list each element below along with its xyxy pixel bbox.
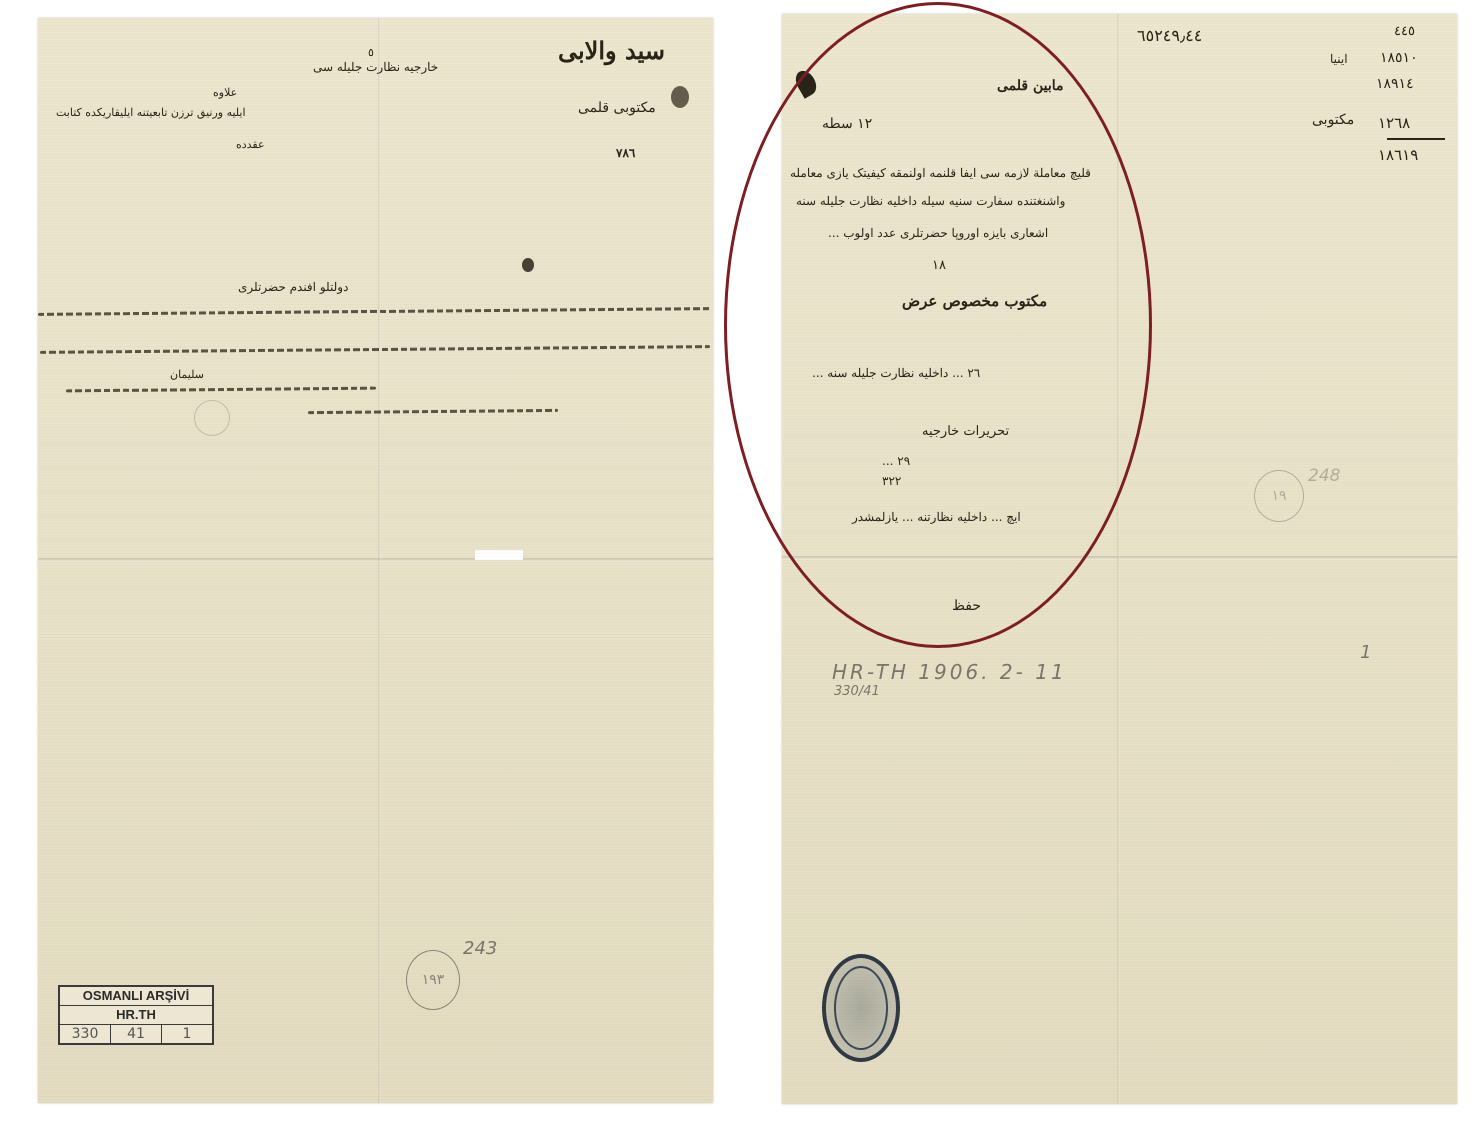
archive-stamp-title: OSMANLI ARŞİVİ bbox=[60, 987, 212, 1006]
ink-blot bbox=[671, 86, 689, 108]
archive-stamp: OSMANLI ARŞİVİ HR.TH 330 41 1 bbox=[58, 985, 214, 1045]
top-right-label: مکتوبی قلمی bbox=[578, 100, 656, 116]
body-line-3-strokes-a bbox=[66, 387, 376, 393]
pencil-sub: 330/41 bbox=[834, 684, 880, 699]
vertical-fold bbox=[378, 18, 381, 1103]
ledger-number: ٦٥٢٤٩٫٤٤ bbox=[1137, 26, 1202, 45]
right-number-5: ١٨٦١٩ bbox=[1378, 146, 1418, 164]
header-number: ٥ bbox=[368, 46, 374, 59]
folio-circled: ١٩ bbox=[1254, 470, 1304, 522]
pencil-page: 1 bbox=[1360, 642, 1371, 663]
side-note-1: علاوه bbox=[213, 86, 237, 99]
header-seal-text: سید والابی bbox=[558, 36, 665, 65]
signature: سلیمان bbox=[170, 368, 204, 381]
salutation: دولتلو افندم حضرتلری bbox=[238, 280, 348, 294]
right-number-1: ٤٤٥ bbox=[1394, 24, 1415, 39]
ink-spot bbox=[522, 258, 534, 272]
highlight-ellipse bbox=[724, 2, 1152, 648]
right-number-2: ١٨٥١٠ bbox=[1380, 50, 1418, 66]
right-label-1: اینیا bbox=[1330, 52, 1348, 66]
paper-tear bbox=[475, 550, 523, 560]
faint-seal bbox=[194, 400, 230, 436]
document-number: ٧٨٦ bbox=[616, 146, 635, 160]
left-document-page: سید والابی ٥ خارجیه نظارت جلیله سی مکتوب… bbox=[38, 18, 713, 1103]
ink-seal-stamp bbox=[822, 954, 900, 1062]
archive-stamp-collection: HR.TH bbox=[60, 1006, 212, 1025]
header-subtitle: خارجیه نظارت جلیله سی bbox=[313, 60, 438, 74]
folio-number: 243 bbox=[463, 938, 497, 959]
sum-line bbox=[1387, 138, 1445, 140]
side-note-2: ایلیه ورنیق ترزن تابعیتنه ایلیقاریکده کت… bbox=[56, 106, 246, 119]
right-number-4: ١٢٦٨ bbox=[1378, 114, 1410, 132]
side-note-3: عقدده bbox=[236, 138, 265, 151]
folio-number: 248 bbox=[1308, 466, 1340, 486]
right-number-3: ١٨٩١٤ bbox=[1376, 76, 1414, 92]
archive-stamp-cell: 41 bbox=[111, 1025, 162, 1043]
horizontal-fold bbox=[38, 558, 713, 562]
archive-stamp-cell: 1 bbox=[162, 1025, 212, 1043]
right-label-2: مکتوبی bbox=[1312, 112, 1354, 128]
archive-stamp-cell: 330 bbox=[60, 1025, 111, 1043]
pencil-catalog: HR-TH 1906. 2- 11 bbox=[832, 660, 1067, 684]
folio-circled: ١٩٣ bbox=[406, 950, 460, 1010]
